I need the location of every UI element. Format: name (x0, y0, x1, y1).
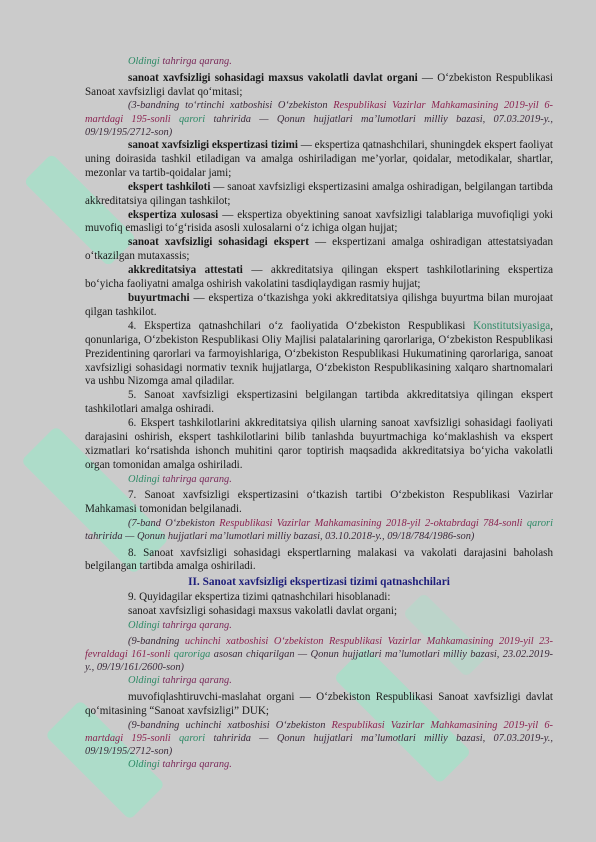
amendment-note: (3-bandning to‘rtinchi xatboshisi O‘zbek… (85, 99, 553, 139)
document-page: Oldingi tahrirga qarang. sanoat xavfsizl… (85, 55, 553, 772)
previous-revision-link[interactable]: Oldingi tahrirga qarang. (85, 758, 553, 772)
decree-link[interactable]: qaroriga (174, 649, 211, 660)
clause-6: 6. Ekspert tashkilotlarini akkreditatsiy… (85, 417, 553, 473)
definition-term: sanoat xavfsizligi sohasidagi maxsus vak… (128, 72, 418, 84)
clause-4: 4. Ekspertiza qatnashchilari o‘z faoliya… (85, 320, 553, 390)
definition: buyurtmachi — ekspertiza o‘tkazishga yok… (85, 292, 553, 320)
definition: sanoat xavfsizligi sohasidagi maxsus vak… (85, 72, 553, 100)
amendment-note: (7-band O‘zbekiston Respublikasi Vazirla… (85, 517, 553, 543)
clause-9: 9. Quyidagilar ekspertiza tizimi qatnash… (85, 591, 553, 605)
clause-5: 5. Sanoat xavfsizligi ekspertizasini bel… (85, 389, 553, 417)
clause-9-item: muvofiqlashtiruvchi-maslahat organi — O‘… (85, 691, 553, 719)
decree-link[interactable]: qarori (179, 733, 205, 744)
decree-link[interactable]: qarori (527, 518, 553, 529)
definition-term: ekspert tashkiloti (128, 181, 210, 193)
definition: akkreditatsiya attestati — akkreditatsiy… (85, 264, 553, 292)
section-heading: II. Sanoat xavfsizligi ekspertizasi tizi… (85, 576, 553, 590)
definition: ekspert tashkiloti — sanoat xavfsizligi … (85, 181, 553, 209)
previous-revision-link[interactable]: Oldingi tahrirga qarang. (85, 473, 553, 487)
amendment-note: (9-bandning uchinchi xatboshisi O‘zbekis… (85, 635, 553, 675)
definition-term: sanoat xavfsizligi sohasidagi ekspert (128, 236, 309, 248)
definition-term: akkreditatsiya attestati (128, 264, 243, 276)
clause-7: 7. Sanoat xavfsizligi ekspertizasini o‘t… (85, 489, 553, 517)
amendment-note: (9-bandning uchinchi xatboshisi O‘zbekis… (85, 719, 553, 759)
definition-term: ekspertiza xulosasi (128, 209, 218, 221)
definition: ekspertiza xulosasi — ekspertiza obyekti… (85, 209, 553, 237)
constitution-link[interactable]: Konstitutsiyasiga (473, 320, 550, 332)
previous-revision-link[interactable]: Oldingi tahrirga qarang. (85, 619, 553, 633)
clause-8: 8. Sanoat xavfsizligi sohasidagi ekspert… (85, 547, 553, 575)
definition: sanoat xavfsizligi sohasidagi ekspert — … (85, 236, 553, 264)
clause-9-item: sanoat xavfsizligi sohasidagi maxsus vak… (85, 605, 553, 619)
definition: sanoat xavfsizligi ekspertizasi tizimi —… (85, 139, 553, 181)
definition-term: sanoat xavfsizligi ekspertizasi tizimi (128, 139, 298, 151)
previous-revision-link[interactable]: Oldingi tahrirga qarang. (85, 674, 553, 688)
definition-term: buyurtmachi (128, 292, 190, 304)
decree-link[interactable]: qarori (179, 114, 205, 125)
previous-revision-link[interactable]: Oldingi tahrirga qarang. (85, 55, 553, 69)
